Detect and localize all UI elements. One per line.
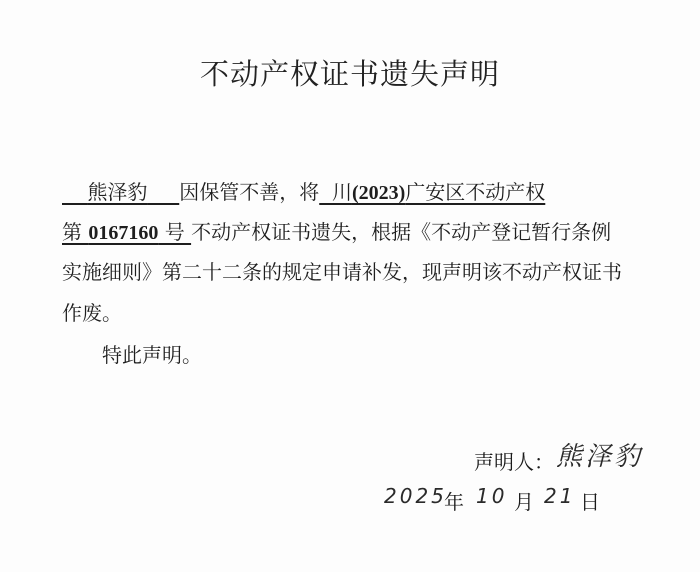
date-day: 21	[544, 484, 575, 508]
paragraph-line-1: 熊泽豹 因保管不善，将 川(2023)广安区不动产权	[62, 176, 545, 205]
certificate-number-part1: 川(2023)广安区不动产权	[319, 180, 545, 204]
date-year: 2025	[384, 484, 447, 508]
certificate-number-part2: 第 0167160 号	[62, 220, 191, 244]
date-year-unit: 年	[444, 486, 464, 515]
paragraph-line-4: 作废。	[62, 297, 122, 326]
signature-label: 声明人：	[474, 446, 554, 475]
document-title: 不动产权证书遗失声明	[0, 52, 700, 93]
date-month: 10	[476, 484, 507, 508]
handwritten-signature: 熊泽豹	[556, 436, 643, 473]
statement-text-2: 不动产权证书遗失，根据《不动产登记暂行条例	[191, 220, 611, 244]
paragraph-line-3: 实施细则》第二十二条的规定申请补发，现声明该不动产权证书	[62, 256, 622, 285]
paragraph-line-2: 第 0167160 号 不动产权证书遗失，根据《不动产登记暂行条例	[62, 216, 611, 245]
closing-text: 特此声明。	[102, 339, 202, 368]
declarant-name: 熊泽豹	[87, 180, 147, 204]
date-day-unit: 日	[580, 486, 600, 515]
name-blank: 熊泽豹	[62, 180, 179, 204]
date-month-unit: 月	[514, 486, 534, 515]
reason-text: 因保管不善，将	[179, 180, 319, 204]
